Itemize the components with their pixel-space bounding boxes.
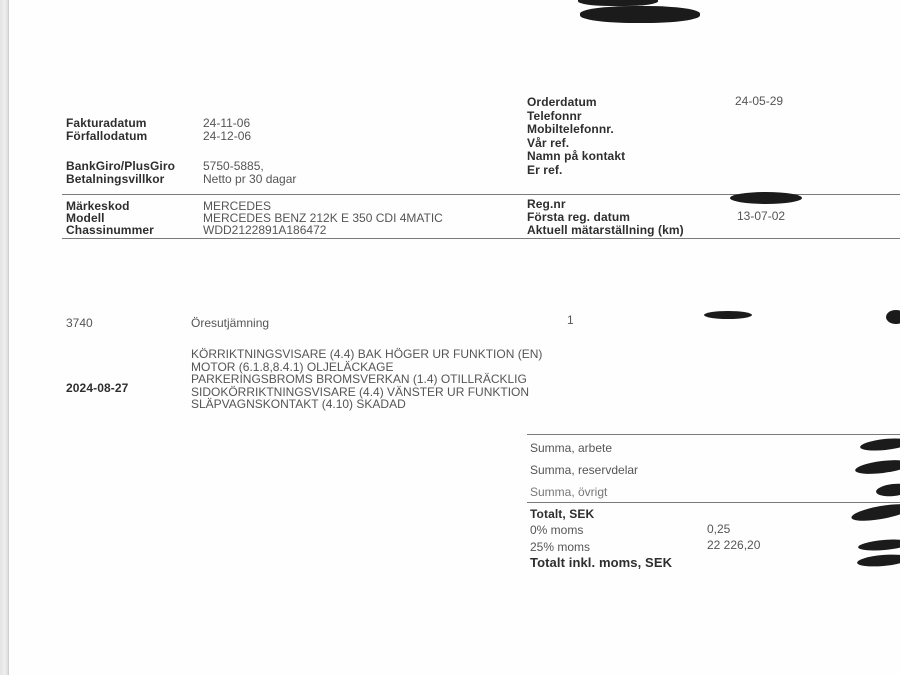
order-info-labels: Orderdatum Telefonnr Mobiltelefonnr. Vår… [527,96,625,177]
redacted-grand-total [857,553,900,568]
redacted-summa-ovrigt [875,482,900,498]
item-description: Öresutjämning [191,316,269,330]
remark-line: SLÄPVAGNSKONTAKT (4.10) SKADAD [191,398,542,411]
redacted-item-price [704,311,752,319]
divider-vehicle-bottom [62,238,900,239]
label-vat-25: 25% moms [530,540,590,554]
vehicle-values: MERCEDES MERCEDES BENZ 212K E 350 CDI 4M… [203,200,443,236]
label-summa-arbete: Summa, arbete [530,441,612,455]
remark-line: PARKERINGSBROMS BROMSVERKAN (1.4) OTILLR… [191,373,542,386]
value-forsta-reg-datum: 13-07-02 [737,210,785,223]
label-totalt-sek: Totalt, SEK [530,507,594,521]
redacted-regnr [730,192,802,204]
label-namn-pa-kontakt: Namn på kontakt [527,150,625,164]
label-summa-ovrigt: Summa, övrigt [530,485,607,499]
redacted-item-amount [886,310,900,324]
label-vat-0: 0% moms [530,523,583,537]
label-orderdatum: Orderdatum [527,96,625,110]
item-quantity: 1 [567,313,574,327]
label-chassinummer: Chassinummer [66,224,154,236]
label-telefonnr: Telefonnr [527,110,625,124]
value-forfallodatum: 24-12-06 [203,130,251,143]
item-code: 3740 [66,316,93,330]
label-var-ref: Vår ref. [527,137,625,151]
remark-line: KÖRRIKTNINGSVISARE (4.4) BAK HÖGER UR FU… [191,348,542,361]
value-orderdatum: 24-05-29 [735,95,783,108]
value-chassinummer: WDD2122891A186472 [203,224,443,236]
divider-totals-top [527,434,900,435]
redacted-summa-arbete [860,436,900,452]
redacted-vat-25 [858,538,900,552]
label-mobiltelefonnr: Mobiltelefonnr. [527,123,625,137]
redacted-summa-reservdelar [854,458,900,477]
label-er-ref: Er ref. [527,164,625,178]
label-forfallodatum: Förfallodatum [66,130,147,143]
redacted-totalt-sek [850,501,900,524]
value-vat-25-base: 22 226,20 [707,538,760,552]
label-summa-reservdelar: Summa, reservdelar [530,463,638,477]
divider-totals-mid [527,502,900,503]
value-vat-0-base: 0,25 [707,522,730,536]
label-grand-total: Totalt inkl. moms, SEK [530,555,672,570]
vehicle-labels: Märkeskod Modell Chassinummer [66,200,154,236]
label-matarstallning: Aktuell mätarställning (km) [527,224,684,237]
page-edge [0,0,9,675]
inspection-date: 2024-08-27 [66,381,128,395]
inspection-remarks: KÖRRIKTNINGSVISARE (4.4) BAK HÖGER UR FU… [191,348,542,411]
value-betalningsvillkor: Netto pr 30 dagar [203,173,296,186]
label-betalningsvillkor: Betalningsvillkor [66,173,164,186]
vehicle-right-labels: Reg.nr Första reg. datum Aktuell mätarst… [527,198,684,237]
redacted-header-2 [580,6,700,23]
